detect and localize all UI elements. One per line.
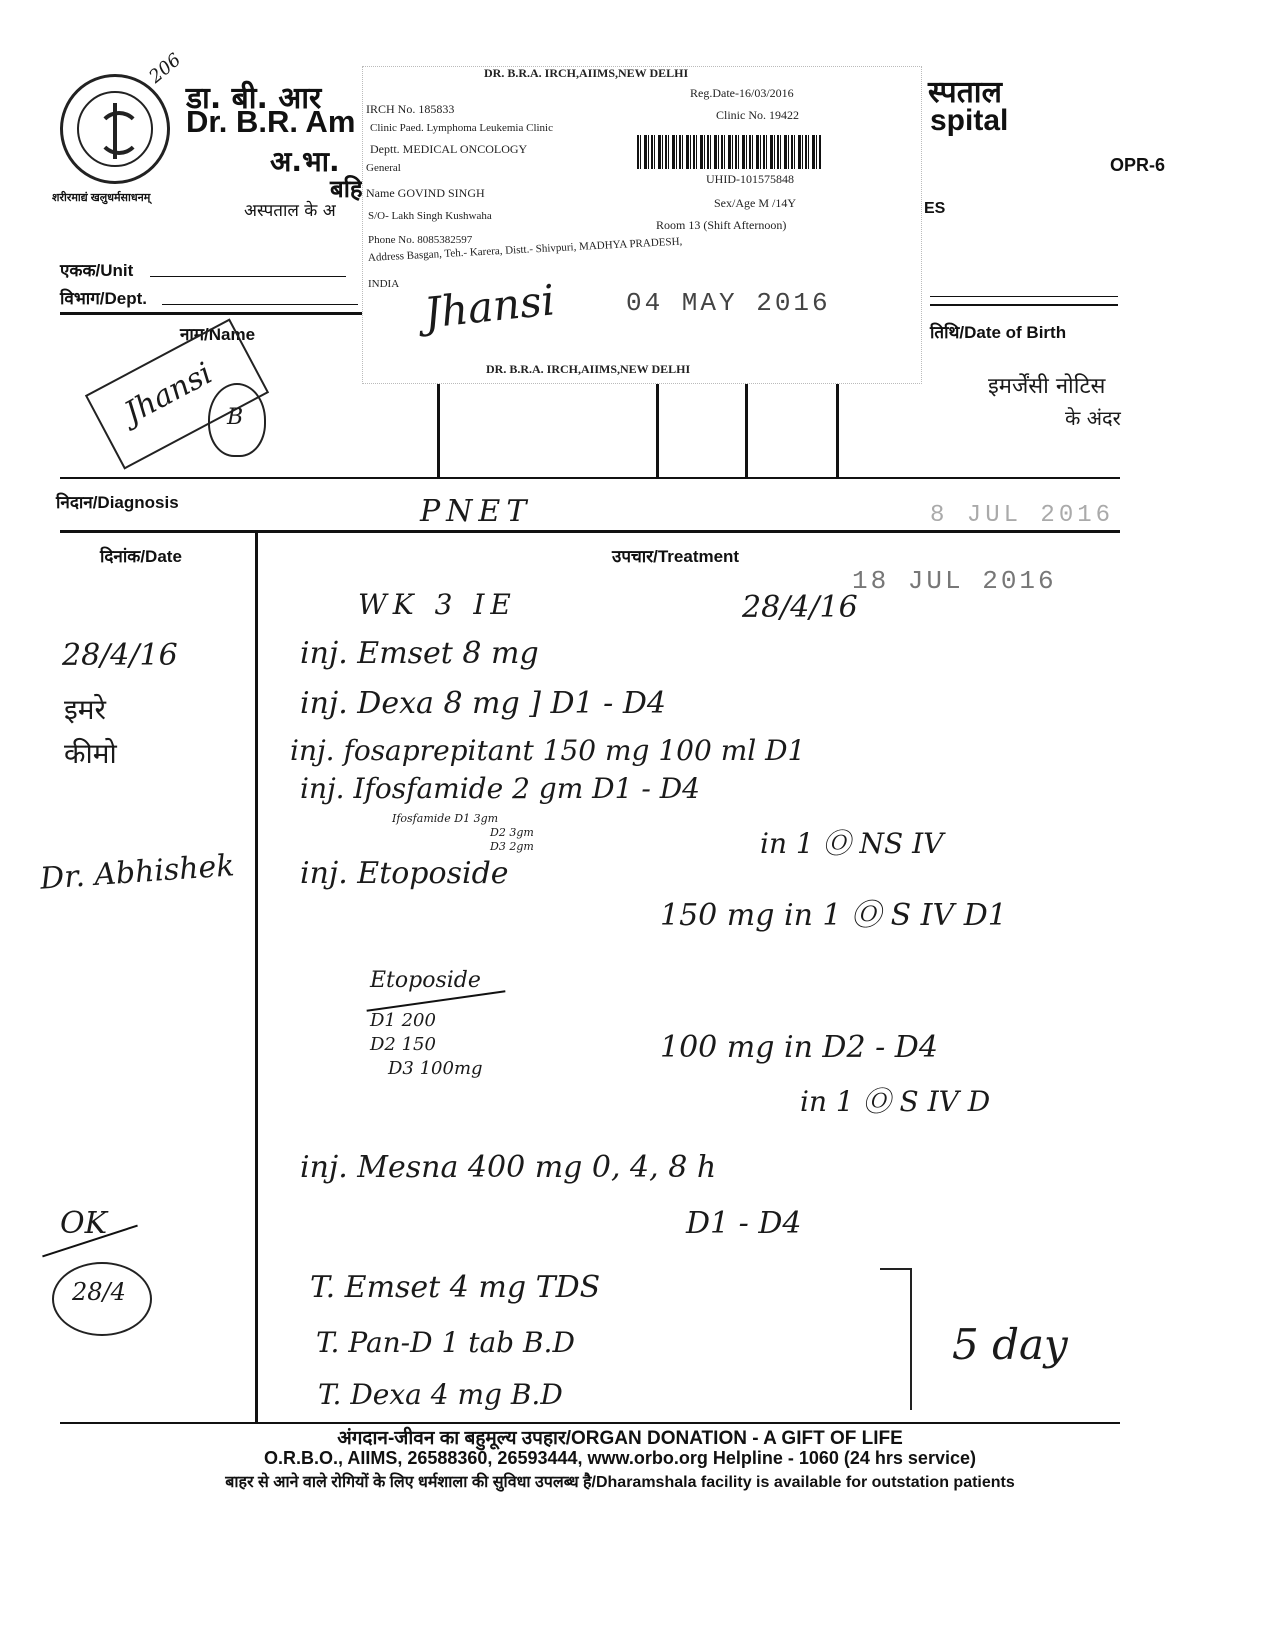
header-fragment: ES xyxy=(924,200,945,218)
heart-mark-icon: B xyxy=(208,383,266,457)
entry-note-line2: कीमो xyxy=(64,734,117,772)
rx-line: 150 mg in 1 Ⓞ S IV D1 xyxy=(660,890,1007,934)
slip-sex-age: Sex/Age M /14Y xyxy=(714,196,796,211)
rx-line: inj. Ifosfamide 2 gm D1 - D4 xyxy=(300,772,700,805)
slip-address-country: INDIA xyxy=(368,278,399,290)
footer-dharamshala: बाहर से आने वाले रोगियों के लिए धर्मशाला… xyxy=(0,1470,1240,1492)
slip-date-stamp: 04 MAY 2016 xyxy=(626,288,831,318)
grid-line xyxy=(836,368,839,478)
slip-institution: DR. B.R.A. IRCH,AIIMS,NEW DELHI xyxy=(484,66,688,81)
dob-label: तिथि/Date of Birth xyxy=(930,320,1066,343)
slip-clinic: Clinic Paed. Lymphoma Leukemia Clinic xyxy=(370,122,553,134)
grid-line xyxy=(437,368,440,478)
diagnosis-value: PNET xyxy=(420,494,532,529)
title-hindi-line4: अस्पताल के अ xyxy=(244,198,336,221)
title-english-left: Dr. B.R. Am xyxy=(186,104,355,140)
aiims-logo xyxy=(60,74,170,184)
slip-irch-no: IRCH No. 185833 xyxy=(366,102,454,117)
slip-room: Room 13 (Shift Afternoon) xyxy=(656,218,786,233)
regimen: WK 3 IE xyxy=(358,588,517,621)
header-divider-right xyxy=(930,304,1118,306)
etoposide-underline xyxy=(367,990,506,1011)
rx-line: inj. Emset 8 mg xyxy=(300,636,539,671)
slip-category: General xyxy=(366,162,401,174)
etoposide-note: D3 100mg xyxy=(388,1058,483,1079)
corner-note: 206 xyxy=(145,49,185,87)
rx-line: 100 mg in D2 - D4 xyxy=(660,1030,938,1065)
slip-clinic-no: Clinic No. 19422 xyxy=(716,108,799,123)
footer-orbo-contact: O.R.B.O., AIIMS, 26588360, 26593444, www… xyxy=(0,1448,1240,1469)
diagnosis-label: निदान/Diagnosis xyxy=(56,490,179,513)
rx-line: inj. Mesna 400 mg 0, 4, 8 h xyxy=(300,1150,716,1185)
unit-field[interactable] xyxy=(150,276,346,277)
grid-line xyxy=(656,368,659,478)
ifosfamide-note: D3 2gm xyxy=(490,840,534,853)
heart-mark-text: B xyxy=(227,405,243,430)
duration-bracket xyxy=(880,1268,912,1410)
slip-dept: Deptt. MEDICAL ONCOLOGY xyxy=(370,142,527,157)
barcode-icon xyxy=(637,135,822,169)
duration: 5 day xyxy=(952,1320,1068,1369)
rx-line: inj. fosaprepitant 150 mg 100 ml D1 xyxy=(290,734,805,767)
ifosfamide-note: Ifosfamide D1 3gm xyxy=(392,812,498,825)
entry-doctor: Dr. Abhishek xyxy=(39,848,236,896)
title-english-right: spital xyxy=(930,104,1008,138)
slip-uhid: UHID-101575848 xyxy=(706,172,794,187)
field-underline-right[interactable] xyxy=(930,296,1118,297)
grid-line xyxy=(745,368,748,478)
rx-line: inj. Dexa 8 mg ] D1 - D4 xyxy=(300,686,666,721)
dob-note-line2: के अंदर xyxy=(1065,404,1121,431)
logo-motto: शरीरमाद्यं खलुधर्मसाधनम् xyxy=(52,190,150,205)
oral-rx-line: T. Dexa 4 mg B.D xyxy=(318,1378,563,1411)
slip-patient-name: Name GOVIND SINGH xyxy=(366,186,485,201)
slip-footer-stamp: DR. B.R.A. IRCH,AIIMS,NEW DELHI xyxy=(486,362,690,377)
treatment-stamp: 18 JUL 2016 xyxy=(852,566,1057,596)
slip-relation: S/O- Lakh Singh Kushwaha xyxy=(368,210,492,222)
dept-label: विभाग/Dept. xyxy=(60,286,147,309)
logo-emblem-icon xyxy=(77,91,153,167)
slip-reg-date: Reg.Date-16/03/2016 xyxy=(690,86,794,101)
rx-line: in 1 Ⓞ NS IV xyxy=(760,822,943,862)
footer-organ-donation: अंगदान-जीवन का बहुमूल्य उपहार/ORGAN DONA… xyxy=(0,1424,1240,1450)
ifosfamide-note: D2 3gm xyxy=(490,826,534,839)
rx-line: D1 - D4 xyxy=(686,1206,802,1241)
etoposide-note: D1 200 xyxy=(370,1010,436,1031)
name-stamp-text: Jhansi xyxy=(119,356,218,431)
faded-stamp: 8 JUL 2016 xyxy=(930,502,1114,529)
rx-line: in 1 Ⓞ S IV D xyxy=(800,1080,990,1120)
oral-rx-line: T. Pan-D 1 tab B.D xyxy=(316,1326,575,1359)
rx-line: inj. Etoposide xyxy=(300,856,509,891)
entry-note-line1: इमरे xyxy=(64,690,106,728)
ok-circle: 28/4 xyxy=(52,1262,152,1336)
dob-note-line1: इमर्जेंसी नोटिस xyxy=(988,370,1105,400)
ok-date: 28/4 xyxy=(72,1278,126,1306)
oral-rx-line: T. Emset 4 mg TDS xyxy=(310,1270,600,1305)
diagnosis-divider xyxy=(60,530,1120,533)
dept-field[interactable] xyxy=(162,304,358,305)
divider xyxy=(60,477,1120,479)
unit-label: एकक/Unit xyxy=(60,258,133,281)
entry-date: 28/4/16 xyxy=(62,638,178,673)
treatment-column-header: उपचार/Treatment xyxy=(612,544,739,567)
etoposide-note: D2 150 xyxy=(370,1034,436,1055)
slip-phone: Phone No. 8085382597 xyxy=(368,234,472,246)
treatment-date: 28/4/16 xyxy=(742,590,858,625)
etoposide-note-title: Etoposide xyxy=(370,968,481,993)
date-column-header: दिनांक/Date xyxy=(100,544,182,567)
header-divider-left xyxy=(60,312,362,315)
form-code: OPR-6 xyxy=(1110,155,1165,176)
column-divider xyxy=(255,532,258,1422)
